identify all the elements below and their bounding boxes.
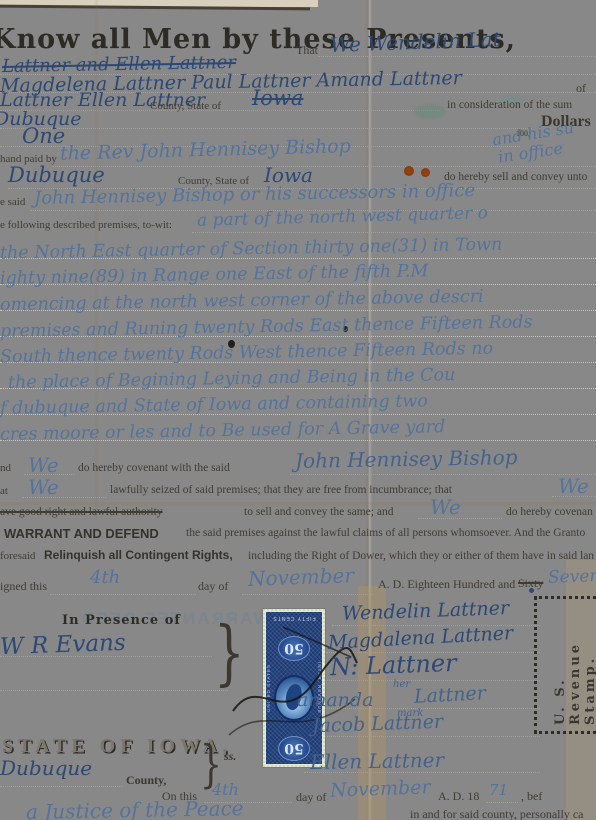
brace-glyph: } [214,618,245,688]
of-label: of [576,82,586,94]
authority-label-struck: ave good right and lawful authority [0,507,163,519]
the-said-label: e said [0,197,25,208]
amount-handwriting: One [22,126,65,147]
signed-this-label: igned this [0,580,47,592]
before-label: , bef [521,790,542,802]
signature: Ellen Lattner [310,750,444,772]
wax-dot [404,166,414,176]
county-line-label: in and for said county, personally ca [410,808,584,820]
ruled-line [192,232,596,233]
revenue-stamp: 50 50 FIFTY CENTS INTER. REVENUE UNITED … [263,609,325,767]
month-handwriting: November [330,778,431,800]
day-handwriting: 4th [90,569,120,587]
ruled-line [52,166,596,167]
seized-label: lawfully seized of said premises; that t… [110,485,452,497]
ruled-line [50,594,196,595]
consideration-label: in consideration of the sum [447,100,572,112]
scanned-deed-document: Know all Men by these Presents, That We … [0,0,596,820]
grantee-handwriting: John Hennisey Bishop [295,447,518,471]
relinquish-text: including the Right of Dower, which they… [248,551,594,563]
state-handwriting-struck: Iowa [252,88,303,109]
warrant-defend-label: WARRANT AND DEFEND [4,527,159,540]
that-label: That [296,44,318,56]
witness-signature: W R Evans [0,632,126,659]
revenue-stamp-box: U. S. Revenue Stamp. [534,596,596,734]
day-of-label: day of [198,580,228,592]
ruled-line [318,56,596,57]
warrant-text: the said premises against the lawful cla… [186,528,585,540]
stamp-value-top: 50 [278,736,310,761]
state-handwriting: Iowa [264,165,313,185]
signature: amanda [297,691,373,710]
day-of-label: day of [296,791,326,803]
payee-handwriting: the Rev John Hennisey Bishop [60,137,351,164]
county-handwriting: Dubuque [0,758,92,778]
month-handwriting: November [248,565,354,589]
state-title: STATE OF IOWA, [2,736,232,756]
signature: Wendelin Lattner [342,599,510,624]
ruled-line [242,594,374,595]
year-printed-label: A. D. 18 [438,790,479,802]
year-handwriting: 71 [489,783,508,798]
we-handwriting: We [558,476,589,496]
signature: Lattner [414,684,487,707]
ruled-line [290,474,596,475]
premises-label: e following described premises, to-wit: [0,220,172,231]
signature: N: Lattner [330,651,457,679]
covenant-label: do hereby covenant with the said [78,463,230,475]
year-printed-label: A. D. Eighteen Hundred and [378,578,515,590]
description-line: premises and Runing twenty Rods East the… [0,314,533,341]
printed-fragment: nd [0,463,11,474]
county-state-label: County, State of [150,101,221,112]
signature: Jacob Lattner [312,713,444,737]
mark-annotation: her [393,680,410,690]
premises-handwriting: a part of the north west quarter o [197,205,488,230]
we-handwriting: We [430,497,461,517]
signature: Magdalena Lattner [328,624,514,653]
stamp-right-label: UNITED STATES [266,664,271,712]
county-label: County, [126,774,166,786]
covenant-label: do hereby covenan [506,507,593,519]
grantee-handwriting: John Hennisey Bishop or his successors i… [34,182,475,208]
wax-dot [421,168,430,177]
authority-label: to sell and convey the same; and [244,507,393,519]
printed-fragment: at [0,486,8,497]
justice-handwriting: a Justice of the Peace [26,798,244,820]
stamp-value-bottom: 50 [278,636,310,661]
grantor-handwriting: We Wendelin Lat [330,29,501,55]
relinquish-label: Relinquish all Contingent Rights, [44,549,233,561]
in-presence-label: In Presence of [62,614,181,627]
ruled-line [0,786,122,787]
printed-fragment: foresaid [0,551,35,562]
ink-smudge [414,104,446,119]
ruled-line [0,690,228,691]
we-handwriting: We [28,455,59,475]
we-handwriting: We [28,477,59,497]
year-struck-label: Sixty [518,577,543,589]
ss-label: ss. [224,750,236,762]
stamp-cents-label: FIFTY CENTS [272,615,315,621]
revenue-stamp-art: 50 50 FIFTY CENTS INTER. REVENUE UNITED … [266,612,322,764]
county-handwriting: Dubuque [8,165,105,186]
ruled-line [486,802,518,803]
year-handwriting: Seven [548,568,596,587]
revenue-stamp-box-label: U. S. Revenue Stamp. [553,603,596,725]
